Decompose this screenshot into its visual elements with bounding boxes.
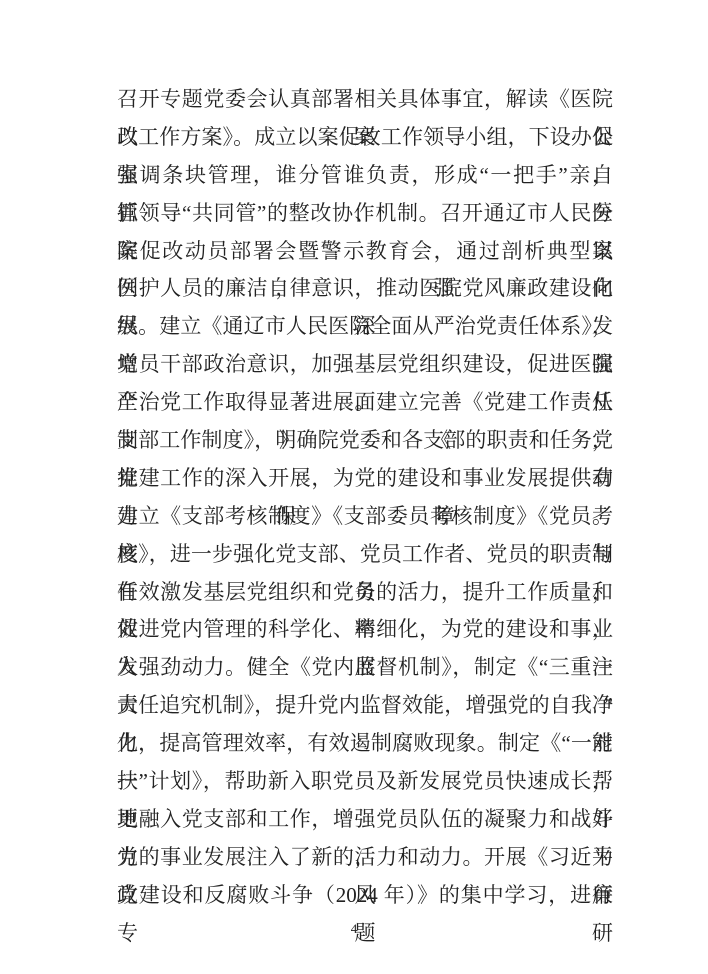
text-line: 医护人员的廉洁自律意识，推动医院党风廉政建设向纵深发 — [117, 270, 613, 308]
text-line: 党建工作的深入开展，为党的建设和事业发展提供有力保障。 — [117, 460, 613, 498]
text-line: 党员干部政治意识，加强基层党组织建设，促进医院全面从 — [117, 346, 613, 384]
text-line: 强调条块管理，谁分管谁负责，形成“一把手”亲自抓、分 — [117, 157, 613, 195]
text-line: 案促改动员部署会暨警示教育会，通过剖析典型案例，强化 — [117, 233, 613, 271]
text-line: 党的事业发展注入了新的活力和动力。开展《习近平党风廉 — [117, 839, 613, 877]
text-line: 扶”计划》，帮助新入职党员及新发展党员快速成长，更好 — [117, 763, 613, 801]
text-line: 展。建立《通辽市人民医院全面从严治党责任体系》，增强 — [117, 308, 613, 346]
text-line: 支部工作制度》，明确院党委和各支部的职责和任务，推动 — [117, 422, 613, 460]
text-line: 严治党工作取得显著进展。建立完善《党建工作责任制》《党 — [117, 384, 613, 422]
text-line: 改工作方案》。成立以案促改工作领导小组，下设办公室， — [117, 119, 613, 157]
text-line: 政建设和反腐败斗争（2024 年）》的集中学习，进行专题研 — [117, 877, 613, 915]
text-line: 召开专题党委会认真部署相关具体事宜，解读《医院以案促 — [117, 81, 613, 119]
text-line: 责任追究机制》，提升党内监督效能，增强党的自我净化能 — [117, 687, 613, 725]
text-line: 建立《支部考核制度》《支部委员考核制度》《党员考核制 — [117, 498, 613, 536]
text-line: 促进党内管理的科学化、精细化，为党的建设和事业发展注 — [117, 611, 613, 649]
body-text: 召开专题党委会认真部署相关具体事宜，解读《医院以案促改工作方案》。成立以案促改工… — [117, 81, 613, 915]
text-line: 管领导“共同管”的整改协作机制。召开通辽市人民医院以 — [117, 195, 613, 233]
text-line: 入强劲动力。健全《党内监督机制》，制定《“三重一大” — [117, 649, 613, 687]
text-line: 力，提高管理效率，有效遏制腐败现象。制定《“一对一帮 — [117, 725, 613, 763]
text-line: 有效激发基层党组织和党员的活力，提升工作质量和效率， — [117, 574, 613, 612]
text-line: 地融入党支部和工作，增强党员队伍的凝聚力和战斗力，为 — [117, 801, 613, 839]
page-number: 4 — [0, 921, 708, 937]
document-page: 召开专题党委会认真部署相关具体事宜，解读《医院以案促改工作方案》。成立以案促改工… — [0, 0, 708, 974]
text-line: 度》，进一步强化党支部、党员工作者、党员的职责与任务， — [117, 536, 613, 574]
